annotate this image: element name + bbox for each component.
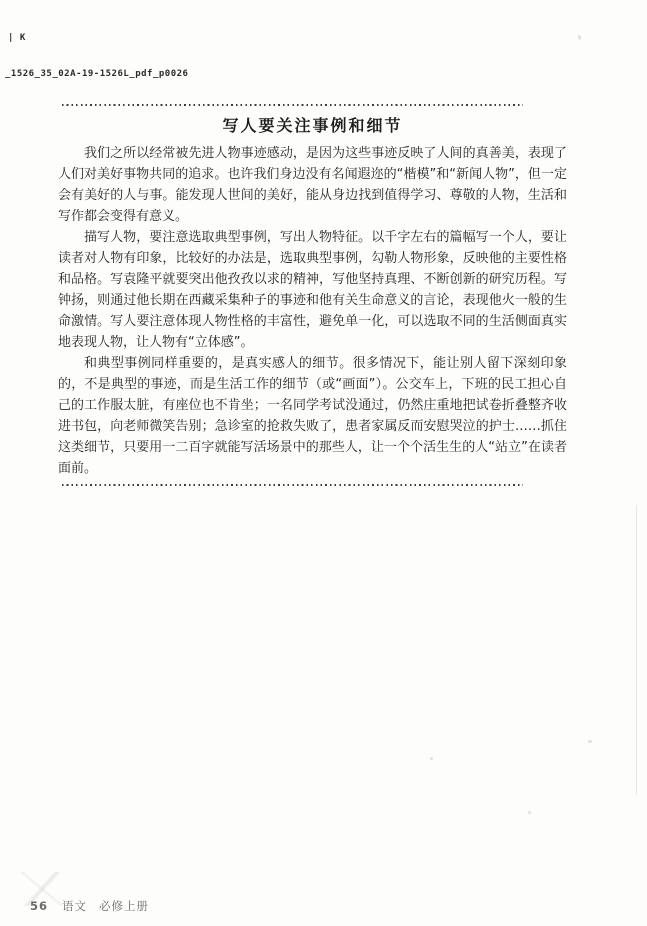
footer-book-volume: 必修上册 [99,899,149,913]
scan-edge-line-artifact [636,505,637,795]
article-title: 写人要关注事例和细节 [58,114,567,138]
article-body: 我们之所以经常被先进人物事迹感动，是因为这些事迹反映了人间的真善美，表现了人们对… [58,143,567,479]
scan-speck-artifact [578,35,581,40]
scan-header: | K _1526_35_02A-19-1526L_pdf_p0026 [5,8,188,104]
article-paragraph-2: 描写人物，要注意选取典型事例，写出人物特征。以千字左右的篇幅写一个人，要让读者对… [58,227,567,353]
scan-speck-artifact [430,757,433,760]
scanned-textbook-page: | K _1526_35_02A-19-1526L_pdf_p0026 写人要关… [0,0,647,926]
scan-smudge-artifact [20,872,64,906]
footer-book-subject: 语文 [62,899,87,913]
dotted-separator-top [62,104,523,106]
article-paragraph-3: 和典型事例同样重要的，是真实感人的细节。很多情况下，能让别人留下深刻印象的，不是… [58,353,567,479]
scan-header-filename: _1526_35_02A-19-1526L_pdf_p0026 [5,68,188,80]
scan-header-mark: | K [5,32,188,44]
article-paragraph-1: 我们之所以经常被先进人物事迹感动，是因为这些事迹反映了人间的真善美，表现了人们对… [58,143,567,227]
article-column: 写人要关注事例和细节 我们之所以经常被先进人物事迹感动，是因为这些事迹反映了人间… [58,96,567,486]
scan-speck-artifact [528,811,531,814]
dotted-separator-bottom [62,484,523,486]
scan-speck-artifact [588,740,592,743]
